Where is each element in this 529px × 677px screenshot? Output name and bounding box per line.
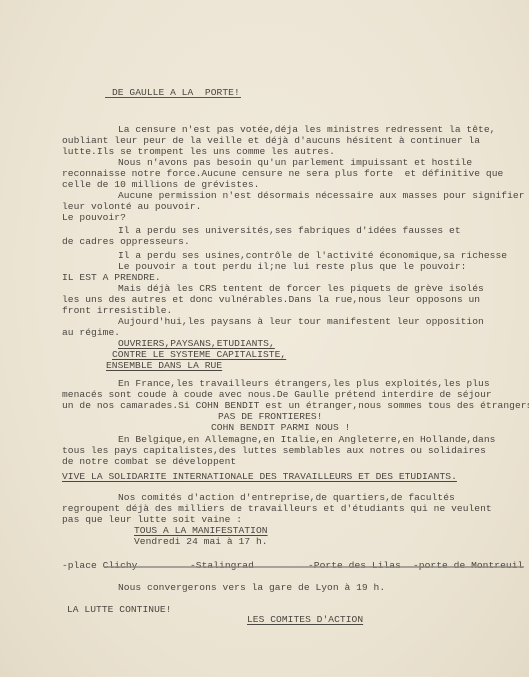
title-underline xyxy=(105,97,241,98)
paragraph-line: au régime. xyxy=(62,327,120,339)
locations-strike-line xyxy=(104,566,524,568)
paragraph-line: de notre combat se développent xyxy=(62,456,236,468)
paragraph-line: Le pouvoir? xyxy=(62,212,126,224)
event-date: Vendredi 24 mai à 17 h. xyxy=(134,536,268,548)
signature: LES COMITES D'ACTION xyxy=(247,614,363,626)
paragraph-line: de cadres oppresseurs. xyxy=(62,236,190,248)
converge-line: Nous convergerons vers la gare de Lyon à… xyxy=(118,582,385,594)
paragraph-line: Aujourd'hui,les paysans à leur tour mani… xyxy=(118,316,484,328)
closing-slogan: LA LUTTE CONTINUE! xyxy=(67,604,172,616)
solidarity-slogan: VIVE LA SOLIDARITE INTERNATIONALE DES TR… xyxy=(62,471,457,483)
slogan-line: ENSEMBLE DANS LA RUE xyxy=(106,360,222,372)
slogan-line: COHN BENDIT PARMI NOUS ! xyxy=(211,422,350,434)
paragraph-line: Le pouvoir a tout perdu il;ne lui reste … xyxy=(118,261,466,273)
